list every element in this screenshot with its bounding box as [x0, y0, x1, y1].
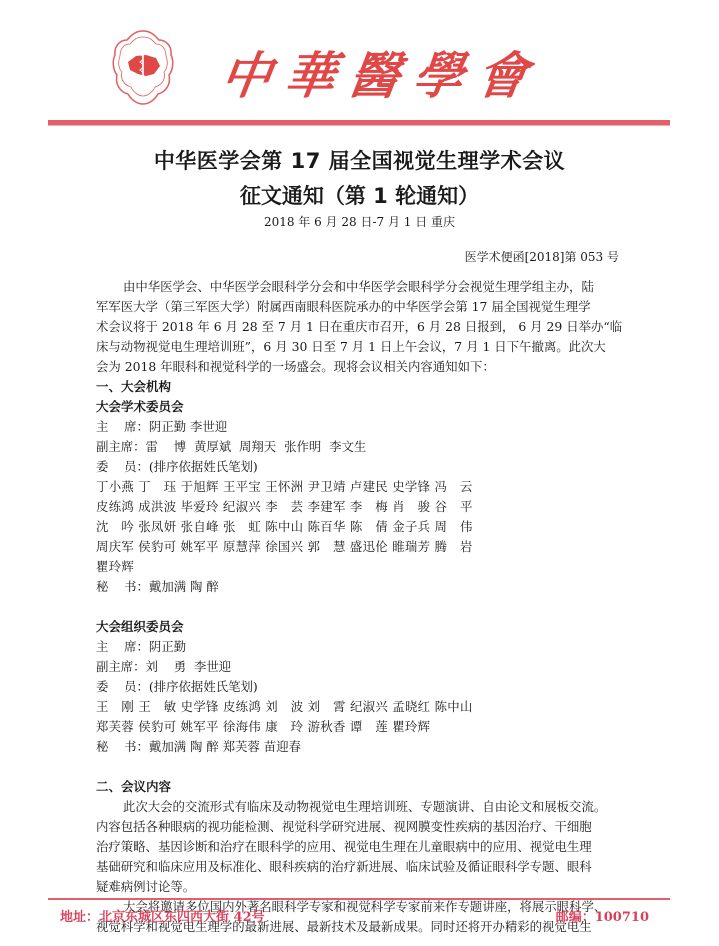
content-line: 此次大会的交流形式有临床及动物视觉电生理培训班、专题演讲、自由论文和展板交流。 — [96, 797, 656, 817]
intro-line: 会为 2018 年眼科和视觉科学的一场盛会。现将会议相关内容通知如下： — [96, 357, 656, 377]
footer-divider — [48, 898, 670, 900]
date-location: 2018 年 6 月 28 日-7 月 1 日 重庆 — [0, 213, 719, 230]
content-line: 疑难病例讨论等。 — [96, 877, 656, 897]
academic-members-row: 丁小燕 丁 珏 于旭辉 王平宝 王怀洲 尹卫靖 卢建民 史学锋 冯 云 — [96, 477, 656, 497]
intro-line: 术会议将于 2018 年 6 月 28 至 7 月 1 日在重庆市召开，6 月 … — [96, 317, 656, 337]
document-number: 医学术便函[2018]第 053 号 — [465, 248, 619, 265]
academic-members-row: 沈 吟 张凤妍 张自峰 张 虹 陈中山 陈百华 陈 倩 金子兵 周 伟 — [96, 517, 656, 537]
footer-address: 地址：北京东城区东四西大街 42号 — [60, 906, 265, 925]
academic-members-row: 皮练鸿 成洪波 毕爱玲 纪淑兴 李 芸 李建军 李 梅 肖 骏 谷 平 — [96, 497, 656, 517]
document-title: 中华医学会第 17 届全国视觉生理学术会议 — [0, 145, 719, 175]
organizing-vice-chair: 副主席：刘 勇 李世迎 — [96, 657, 656, 677]
organizing-committee-heading: 大会组织委员会 — [96, 617, 656, 637]
organizing-members-row: 王 刚 王 敏 史学锋 皮练鸿 刘 波 刘 霄 纪淑兴 孟晓红 陈中山 — [96, 697, 656, 717]
footer-postcode: 邮编：100710 — [556, 906, 649, 925]
content-line: 内容包括各种眼病的视功能检测、视觉科学研究进展、视网膜变性疾病的基因治疗、干细胞 — [96, 817, 656, 837]
academic-secretary: 秘 书：戴加满 陶 醉 — [96, 577, 656, 597]
section-heading-organization: 一、大会机构 — [96, 377, 656, 397]
section-heading-content: 二、会议内容 — [96, 777, 656, 797]
intro-line: 床与动物视觉电生理培训班”，6 月 30 日至 7 月 1 日上午会议，7 月 … — [96, 337, 656, 357]
academic-vice-chair: 副主席：雷 博 黄厚斌 周翔天 张作明 李文生 — [96, 437, 656, 457]
content-line: 基础研究和临床应用及标准化、眼科疾病的治疗新进展、临床试验及循证眼科学专题、眼科 — [96, 857, 656, 877]
organizing-members-row: 郑芙蓉 侯豹可 姚军平 徐海伟 康 玲 游秋香 谭 莲 瞿玲辉 — [96, 717, 656, 737]
organizing-chair: 主 席：阴正勤 — [96, 637, 656, 657]
academic-members-row: 瞿玲辉 — [96, 557, 656, 577]
academic-members-label: 委 员：(排序依据姓氏笔划) — [96, 457, 656, 477]
header-divider — [48, 120, 670, 126]
brand-name: 中華醫學會 — [217, 36, 547, 106]
chinese-medical-association-logo-icon — [112, 28, 174, 106]
organizing-members-label: 委 员：(排序依据姓氏笔划) — [96, 677, 656, 697]
academic-chair: 主 席：阴正勤 李世迎 — [96, 417, 656, 437]
organizing-secretary: 秘 书：戴加满 陶 醉 郑芙蓉 苗迎春 — [96, 737, 656, 757]
document-subtitle: 征文通知（第 1 轮通知） — [0, 180, 719, 210]
intro-line: 由中华医学会、中华医学会眼科学分会和中华医学会眼科学分会视觉生理学组主办，陆 — [96, 277, 656, 297]
academic-members-row: 周庆军 侯豹可 姚军平 原慧萍 徐国兴 郭 慧 盛迅伦 睢瑞芳 腾 岩 — [96, 537, 656, 557]
letterhead: 中華醫學會 — [0, 0, 719, 130]
content-line: 治疗策略、基因诊断和治疗在眼科学的应用、视觉电生理在儿童眼病中的应用、视觉电生理 — [96, 837, 656, 857]
academic-committee-heading: 大会学术委员会 — [96, 397, 656, 417]
intro-line: 军军医大学（第三军医大学）附属西南眼科医院承办的中华医学会第 17 届全国视觉生… — [96, 297, 656, 317]
document-body: 由中华医学会、中华医学会眼科学分会和中华医学会眼科学分会视觉生理学组主办，陆 军… — [96, 277, 656, 937]
